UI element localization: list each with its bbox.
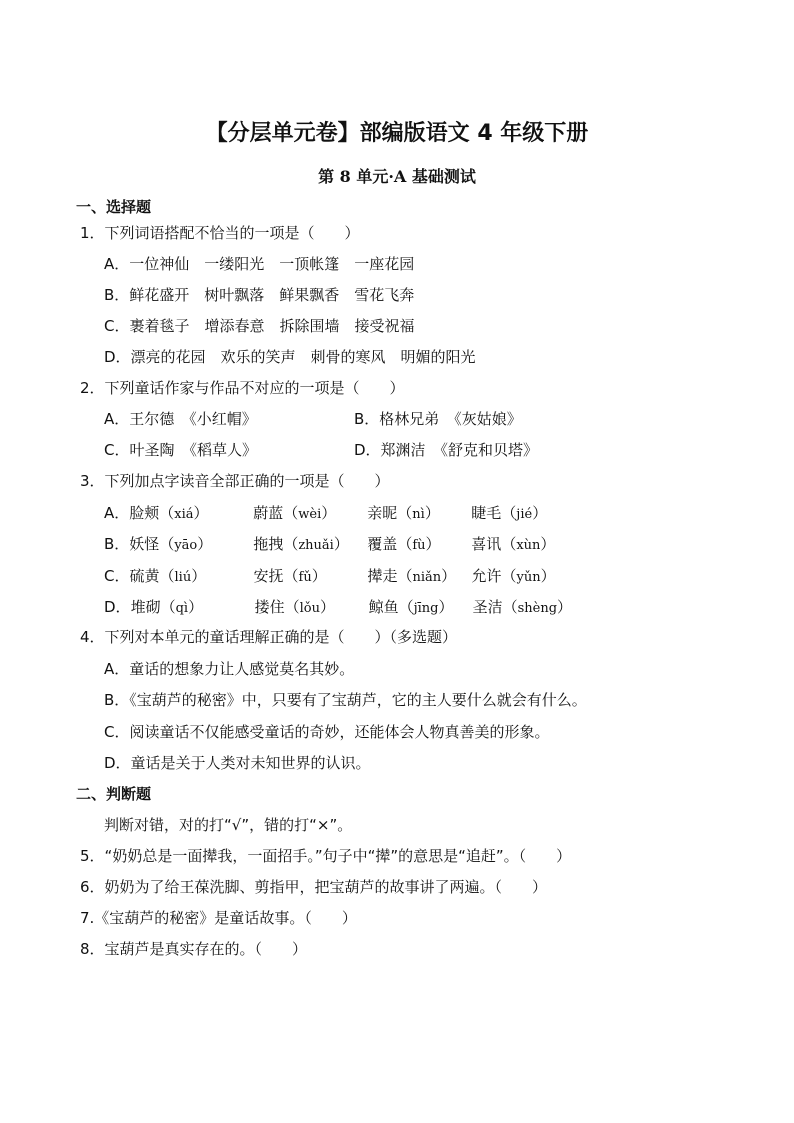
- page-title: 【分层单元卷】部编版语文 4 年级下册: [0, 119, 794, 149]
- pinyin-item: 硫黄（liú）: [129, 566, 253, 588]
- question-3-option-b: B．妖怪（yāo）拖拽（zhuǎi）覆盖（fù）喜讯（xùn）: [104, 534, 555, 556]
- page-subtitle: 第 8 单元·A 基础测试: [0, 166, 794, 188]
- question-2-option-b: B．格林兄弟 《灰姑娘》: [354, 409, 522, 429]
- question-2-option-a: A．王尔德 《小红帽》: [104, 410, 257, 428]
- question-4-stem: 4．下列对本单元的童话理解正确的是（ ）（多选题）: [80, 627, 457, 647]
- pinyin-item: 圣洁（shèng）: [473, 597, 572, 619]
- pinyin-item: 覆盖（fù）: [367, 534, 471, 556]
- pinyin-item: 鲸鱼（jīng）: [369, 597, 473, 619]
- question-2-stem: 2．下列童话作家与作品不对应的一项是（ ）: [80, 378, 405, 398]
- pinyin-item: 允许（yǔn）: [471, 566, 555, 588]
- section-heading-judgement: 二、判断题: [76, 784, 151, 804]
- question-3-stem: 3．下列加点字读音全部正确的一项是（ ）: [80, 471, 390, 491]
- question-4-option-c: C．阅读童话不仅能感受童话的奇妙，还能体会人物真善美的形象。: [104, 722, 549, 742]
- question-2-row-1: A．王尔德 《小红帽》 B．格林兄弟 《灰姑娘》: [104, 409, 664, 429]
- question-2-option-c: C．叶圣陶 《稻草人》: [104, 441, 257, 459]
- pinyin-item: 安抚（fǔ）: [253, 566, 367, 588]
- pinyin-item: 睫毛（jié）: [471, 503, 547, 525]
- question-2-row-2: C．叶圣陶 《稻草人》 D．郑渊洁 《舒克和贝塔》: [104, 440, 664, 460]
- question-4-option-a: A．童话的想象力让人感觉莫名其妙。: [104, 659, 354, 679]
- question-3-option-d: D．堆砌（qì）搂住（lǒu）鲸鱼（jīng）圣洁（shèng）: [104, 597, 572, 619]
- pinyin-item: 撵走（niǎn）: [367, 566, 471, 588]
- judgement-instruction: 判断对错，对的打“√”，错的打“×”。: [104, 815, 352, 835]
- pinyin-item: 蔚蓝（wèi）: [253, 503, 367, 525]
- question-1-option-b: B．鲜花盛开 树叶飘落 鲜果飘香 雪花飞奔: [104, 285, 414, 305]
- pinyin-item: 拖拽（zhuǎi）: [253, 534, 367, 556]
- option-label: C．: [104, 567, 129, 585]
- option-label: A．: [104, 504, 129, 522]
- question-6: 6．奶奶为了给王葆洗脚、剪指甲，把宝葫芦的故事讲了两遍。（ ）: [80, 877, 547, 897]
- pinyin-item: 堆砌（qì）: [131, 597, 255, 619]
- question-4-option-b: B．《宝葫芦的秘密》中，只要有了宝葫芦，它的主人要什么就会有什么。: [104, 690, 587, 710]
- question-3-option-c: C．硫黄（liú）安抚（fǔ）撵走（niǎn）允许（yǔn）: [104, 566, 556, 588]
- pinyin-item: 亲昵（nì）: [367, 503, 471, 525]
- question-3-option-a: A．脸颊（xiá）蔚蓝（wèi）亲昵（nì）睫毛（jié）: [104, 503, 547, 525]
- pinyin-item: 脸颊（xiá）: [129, 503, 253, 525]
- question-1-option-c: C．裹着毯子 增添春意 拆除围墙 接受祝福: [104, 316, 414, 336]
- question-1-stem: 1．下列词语搭配不恰当的一项是（ ）: [80, 223, 360, 243]
- pinyin-item: 妖怪（yāo）: [129, 534, 253, 556]
- pinyin-item: 搂住（lǒu）: [255, 597, 369, 619]
- question-4-option-d: D．童话是关于人类对未知世界的认识。: [104, 753, 371, 773]
- question-2-option-d: D．郑渊洁 《舒克和贝塔》: [354, 440, 538, 460]
- question-1-option-d: D．漂亮的花园 欢乐的笑声 刺骨的寒风 明媚的阳光: [104, 347, 476, 367]
- option-label: D．: [104, 598, 131, 616]
- section-heading-choice: 一、选择题: [76, 197, 151, 217]
- question-5: 5．“奶奶总是一面撵我，一面招手。”句子中“撵”的意思是“追赶”。（ ）: [80, 846, 571, 866]
- question-1-option-a: A．一位神仙 一缕阳光 一顶帐篷 一座花园: [104, 254, 414, 274]
- pinyin-item: 喜讯（xùn）: [471, 534, 555, 556]
- option-label: B．: [104, 535, 129, 553]
- question-8: 8．宝葫芦是真实存在的。（ ）: [80, 939, 307, 959]
- question-7: 7.《宝葫芦的秘密》是童话故事。（ ）: [80, 908, 357, 928]
